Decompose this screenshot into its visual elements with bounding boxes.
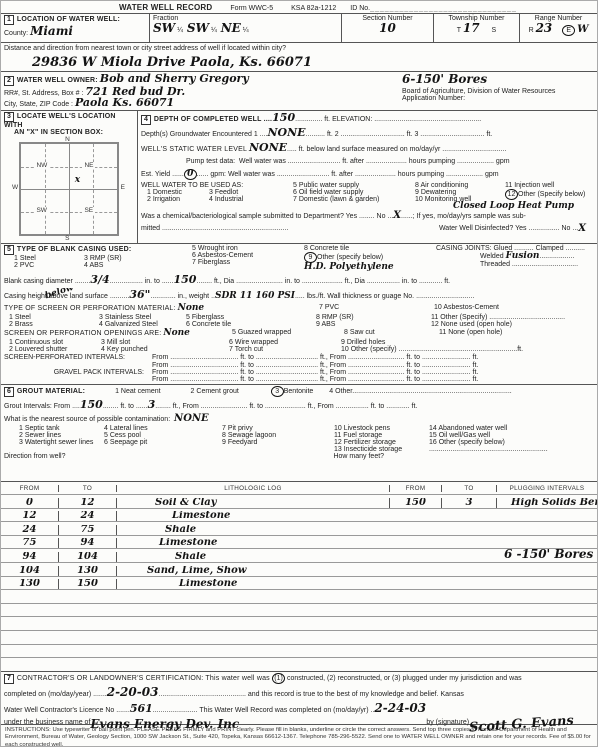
casing-2: 2 PVC bbox=[14, 262, 84, 269]
contam-6: 6 Seepage pit bbox=[104, 439, 222, 446]
col-from-2: FROM bbox=[389, 485, 441, 492]
empty-row bbox=[1, 644, 597, 658]
screen-intervals-label: SCREEN-PERFORATED INTERVALS: bbox=[4, 354, 152, 361]
city-label: City, State, ZIP Code : bbox=[4, 101, 73, 108]
openings-label: SCREEN OR PERFORATION OPENINGS ARE: bbox=[4, 330, 161, 337]
screen-9: 9 ABS bbox=[316, 321, 431, 328]
litho-to: 150 bbox=[58, 579, 116, 589]
diameter-after: ........ ft., Dia ......................… bbox=[196, 278, 450, 285]
id-blank: ______________________________ bbox=[370, 5, 517, 12]
use-header: WELL WATER TO BE USED AS: bbox=[141, 182, 293, 189]
gravel-intervals-label: GRAVEL PACK INTERVALS: bbox=[4, 369, 152, 376]
screen-material-value: None bbox=[178, 303, 205, 313]
grout-1: 1 Neat cement bbox=[115, 388, 161, 395]
depth-label: DEPTH OF COMPLETED WELL .... bbox=[154, 116, 272, 123]
grout-title: GROUT MATERIAL: bbox=[17, 388, 85, 395]
diameter-to-value: 150 bbox=[174, 273, 197, 286]
form-number: Form WWC-5 bbox=[230, 5, 273, 12]
opening-7: 7 Torch cut bbox=[229, 346, 341, 353]
empty-row bbox=[1, 616, 597, 630]
litho-to: 75 bbox=[58, 525, 116, 535]
owner-value: Bob and Sherry Gregory bbox=[100, 72, 249, 85]
screen-3: 3 Stainless Steel bbox=[99, 314, 186, 321]
fraction-2: SW bbox=[187, 21, 209, 35]
screen-8: 8 RMP (SR) bbox=[316, 314, 431, 321]
col-to: TO bbox=[58, 485, 116, 492]
height-label-a: Casing height bbox=[4, 293, 49, 300]
distance-block: Distance and direction from nearest town… bbox=[1, 42, 597, 71]
litho-row: 12 24 Limestone bbox=[1, 508, 597, 522]
contamination-label: What is the nearest source of possible c… bbox=[4, 416, 170, 423]
use-9: 9 Dewatering bbox=[415, 189, 505, 196]
groundwater-after: .......... ft. 2 .......................… bbox=[306, 131, 493, 138]
yield-pre: Est. Yield ...... bbox=[141, 171, 184, 178]
dash-v1 bbox=[45, 144, 46, 234]
contam-10: 10 Livestock pens bbox=[334, 425, 429, 432]
contam-14: 14 Abandoned water well bbox=[429, 425, 594, 432]
col-from: FROM bbox=[1, 485, 58, 492]
litho-from: 0 bbox=[1, 498, 58, 508]
screen-7: 7 PVC bbox=[319, 304, 434, 313]
height-label-b: land surface .......... bbox=[68, 293, 129, 300]
disinfected-question: Water Well Disinfected? Yes ............… bbox=[439, 224, 578, 234]
depth-value: 150 bbox=[272, 111, 295, 124]
opening-11: 11 None (open hole) bbox=[439, 329, 594, 338]
quadrant-se: SE bbox=[82, 207, 95, 214]
section-1-number: 1 bbox=[4, 15, 14, 25]
direction-label: Direction from well? bbox=[4, 453, 65, 460]
cert-line1-b: constructed, (2) reconstructed, or (3) p… bbox=[285, 675, 522, 682]
contam-5: 5 Cess pool bbox=[104, 432, 222, 439]
contam-16: 16 Other (specify below) bbox=[429, 439, 594, 446]
welded-tail: .................. bbox=[539, 253, 574, 260]
empty-row bbox=[1, 603, 597, 617]
county-value: Miami bbox=[30, 24, 73, 38]
contamination-value: NONE bbox=[174, 413, 209, 424]
section-certification: 7CONTRACTOR'S OR LANDOWNER'S CERTIFICATI… bbox=[1, 671, 597, 724]
section-casing: 5TYPE OF BLANK CASING USED: 1 Steel3 RMP… bbox=[1, 243, 597, 384]
range-value: 23 bbox=[536, 21, 553, 35]
casing-5: 5 Wrought iron bbox=[192, 245, 304, 252]
plug-bores-note: 6 -150' Bores bbox=[504, 548, 593, 560]
compass-hline bbox=[21, 189, 117, 190]
litho-from: 94 bbox=[1, 552, 58, 562]
screen-5: 5 Fiberglass bbox=[186, 314, 316, 321]
use-12-label: Other (Specify below) bbox=[518, 191, 585, 198]
locate-title-2: AN "X" IN SECTION BOX: bbox=[14, 129, 134, 136]
section-6-number: 6 bbox=[4, 387, 14, 397]
litho-from: 130 bbox=[1, 579, 58, 589]
depth-after: .............. ft. ELEVATION: ..........… bbox=[295, 116, 481, 123]
section-well-location-box: 3LOCATE WELL'S LOCATION WITH AN "X" IN S… bbox=[1, 111, 138, 243]
form-header: WATER WELL RECORD Form WWC-5 KSA 82a-121… bbox=[1, 1, 597, 13]
range-r: R bbox=[529, 27, 534, 34]
litho-desc: Soil & Clay bbox=[116, 498, 389, 508]
sample-question-3: mitted .................................… bbox=[141, 224, 288, 234]
opening-10: 10 Other (specify) .....................… bbox=[341, 346, 594, 353]
screen-2: 2 Brass bbox=[9, 321, 99, 328]
opening-3: 3 Mill slot bbox=[101, 339, 229, 346]
quarter-3: ¼ bbox=[243, 27, 249, 34]
section-location: 1LOCATION OF WATER WELL: County: Miami F… bbox=[1, 13, 597, 42]
static-level-value: NONE bbox=[249, 141, 287, 154]
empty-row bbox=[1, 630, 597, 644]
grout-mid: ........ ft. to ...... bbox=[103, 403, 148, 410]
cert-line2-b: ........................................… bbox=[158, 691, 463, 698]
gravel-intervals-line-1: From ...................................… bbox=[152, 369, 594, 376]
litho-to: 94 bbox=[58, 538, 116, 548]
litho-from: 75 bbox=[1, 538, 58, 548]
litho-desc: Shale bbox=[116, 552, 389, 562]
litho-row: 104 130 Sand, Lime, Show bbox=[1, 562, 597, 576]
range-label: Range Number bbox=[523, 15, 594, 22]
diameter-mid: ................. in. to ...... bbox=[110, 278, 174, 285]
static-level-label: WELL'S STATIC WATER LEVEL bbox=[141, 146, 249, 153]
section-well-details: 4DEPTH OF COMPLETED WELL ....150........… bbox=[138, 111, 597, 243]
casing-3: 3 RMP (SR) bbox=[84, 255, 122, 262]
location-title: LOCATION OF WATER WELL: bbox=[17, 16, 120, 23]
form-title: WATER WELL RECORD bbox=[119, 3, 212, 12]
screen-intervals-line-1: From ...................................… bbox=[152, 354, 594, 361]
use-1: 1 Domestic bbox=[147, 189, 209, 196]
section-4-number: 4 bbox=[141, 115, 151, 125]
contam-8: 8 Sewage lagoon bbox=[222, 432, 334, 439]
threaded-label: Threaded ...............................… bbox=[436, 261, 594, 268]
litho-from: 12 bbox=[1, 511, 58, 521]
fraction-3: NE bbox=[221, 21, 241, 35]
quarter-1: ¼ bbox=[177, 27, 183, 34]
use-12-circled: 12 bbox=[505, 189, 518, 200]
screen-6: 6 Concrete tile bbox=[186, 321, 316, 328]
range-east-circled: E bbox=[562, 25, 575, 36]
cert-line3-b: ....................... This Water Well … bbox=[153, 707, 375, 714]
opening-8: 8 Saw cut bbox=[344, 329, 439, 338]
section-owner: 2WATER WELL OWNER: Bob and Sherry Gregor… bbox=[1, 71, 597, 110]
ksa-ref: KSA 82a-1212 bbox=[291, 5, 336, 12]
cert-line2-a: completed on (mo/day/year) ....... bbox=[4, 691, 107, 698]
litho-to: 12 bbox=[58, 498, 116, 508]
grout-intervals-label: Grout Intervals: From .... bbox=[4, 403, 80, 410]
range-west: W bbox=[577, 24, 588, 35]
contam-1: 1 Septic tank bbox=[19, 425, 104, 432]
litho-desc: Limestone bbox=[116, 538, 389, 548]
height-mid: ............. in., weight .. bbox=[150, 293, 215, 300]
static-level-after: ..... ft. below land surface measured on… bbox=[287, 146, 506, 153]
pump-test-label: Pump test data: bbox=[186, 158, 235, 165]
opening-2: 2 Louvered shutter bbox=[9, 346, 101, 353]
application-number-label: Application Number: bbox=[402, 95, 594, 102]
screen-1: 1 Steel bbox=[9, 314, 99, 321]
litho-desc: Sand, Lime, Show bbox=[116, 566, 389, 576]
litho-desc: Limestone bbox=[116, 511, 389, 521]
casing-9-label: Other (specify below) bbox=[317, 254, 383, 261]
groundwater-label: Depth(s) Groundwater Encountered 1 .... bbox=[141, 131, 267, 138]
height-value: 36" bbox=[129, 288, 150, 301]
grout-3-label: Bentonite bbox=[284, 388, 314, 395]
litho-row: 24 75 Shale bbox=[1, 521, 597, 535]
compass-n: N bbox=[65, 136, 70, 143]
diameter-value: 3/4 bbox=[90, 273, 109, 286]
litho-row: 0 12 Soil & Clay 150 3 High Solids Bento… bbox=[1, 494, 597, 508]
screen-11: 11 Other (Specify) .....................… bbox=[431, 314, 594, 321]
record-date: 2-24-03 bbox=[374, 701, 426, 715]
compass-w: W bbox=[12, 184, 18, 191]
weight-value: SDR 11 160 PSI bbox=[215, 291, 295, 301]
casing-title: TYPE OF BLANK CASING USED: bbox=[17, 246, 131, 253]
well-x-mark: x bbox=[75, 176, 80, 185]
gravel-intervals-line-2: From ...................................… bbox=[152, 376, 594, 383]
casing-4: 4 ABS bbox=[84, 262, 103, 269]
section-box-diagram: N S W E NW NE SW SE x bbox=[19, 142, 119, 236]
use-8: 8 Air conditioning bbox=[415, 182, 505, 189]
use-4: 4 Industrial bbox=[209, 196, 243, 203]
agency-text: Board of Agriculture, Division of Water … bbox=[402, 88, 594, 95]
township-t: T bbox=[457, 27, 461, 34]
use-2: 2 Irrigation bbox=[147, 196, 209, 203]
opening-1: 1 Continuous slot bbox=[9, 339, 101, 346]
fraction-label: Fraction bbox=[153, 15, 338, 22]
quadrant-nw: NW bbox=[34, 162, 49, 169]
section-3-number: 3 bbox=[4, 112, 14, 122]
litho-desc: Limestone bbox=[116, 579, 389, 589]
section-5-number: 5 bbox=[4, 245, 14, 255]
fraction-values: SW ¼ SW ¼ NE ¼ bbox=[153, 22, 338, 34]
section-grout: 6GROUT MATERIAL: 1 Neat cement 2 Cement … bbox=[1, 384, 597, 481]
constructed-circled: (1) bbox=[272, 673, 285, 684]
grout-from-value: 150 bbox=[80, 398, 103, 411]
bores-note: 6-150' Bores bbox=[402, 73, 594, 85]
contam-2: 2 Sewer lines bbox=[19, 432, 104, 439]
plug-to: 3 bbox=[441, 498, 496, 508]
sample-question: Was a chemical/bacteriological sample su… bbox=[141, 213, 393, 220]
dash-v2 bbox=[93, 144, 94, 234]
screen-12: 12 None used (open hole) bbox=[431, 321, 594, 328]
empty-row bbox=[1, 589, 597, 603]
contam-16-blank: ........................................… bbox=[429, 446, 594, 453]
opening-6: 6 Wire wrapped bbox=[229, 339, 341, 346]
contam-11: 11 Fuel storage bbox=[334, 432, 429, 439]
sample-question-2: ......; If yes, mo/day/yrs sample was su… bbox=[401, 213, 526, 220]
completed-date: 2-20-03 bbox=[107, 685, 159, 699]
section-2-number: 2 bbox=[4, 76, 14, 86]
grout-2: 2 Cement grout bbox=[191, 388, 239, 395]
casing-6: 6 Asbestos-Cement bbox=[192, 252, 304, 259]
diameter-label: Blank casing diameter ........ bbox=[4, 278, 90, 285]
yield-post: ...... gpm: bbox=[197, 171, 226, 178]
township-s: S bbox=[492, 27, 497, 34]
cert-line3-a: Water Well Contractor's Licence No .....… bbox=[4, 707, 130, 714]
contam-3: 3 Watertight sewer lines bbox=[19, 439, 104, 446]
use-7: 7 Domestic (lawn & garden) bbox=[293, 196, 415, 203]
grout-4: 4 Other.................................… bbox=[329, 388, 511, 395]
grout-3-circled: 3 bbox=[271, 386, 284, 397]
casing-other-value: H.D. Polyethylene bbox=[304, 263, 436, 272]
use-11: 11 Injection well bbox=[505, 182, 594, 189]
compass-e: E bbox=[121, 184, 125, 191]
col-lithologic-log: LITHOLOGIC LOG bbox=[116, 485, 389, 492]
yield-line: Well water was .........................… bbox=[228, 171, 499, 178]
screen-intervals-line-2: From ...................................… bbox=[152, 362, 594, 369]
grout-after: ........ ft., From .....................… bbox=[155, 403, 417, 410]
county-label: County: bbox=[4, 30, 28, 37]
feet-label: How many feet? bbox=[333, 453, 384, 460]
casing-8: 8 Concrete tile bbox=[304, 245, 436, 252]
water-well-record-form: WATER WELL RECORD Form WWC-5 KSA 82a-121… bbox=[0, 0, 598, 747]
quadrant-ne: NE bbox=[82, 162, 95, 169]
distance-label: Distance and direction from nearest town… bbox=[1, 43, 597, 55]
section-7-number: 7 bbox=[4, 674, 14, 684]
casing-1: 1 Steel bbox=[14, 255, 84, 262]
sample-no-x: X bbox=[393, 210, 401, 221]
empty-row bbox=[1, 657, 597, 671]
contam-15: 15 Oil well/Gas well bbox=[429, 432, 594, 439]
distance-value: 29836 W Miola Drive Paola, Ks. 66071 bbox=[32, 55, 312, 70]
section-number-value: 10 bbox=[345, 22, 430, 34]
quadrant-sw: SW bbox=[34, 207, 48, 214]
col-plugging-intervals: PLUGGING INTERVALS bbox=[496, 485, 597, 492]
litho-desc: Shale bbox=[116, 525, 389, 535]
pump-test-line: Well water was .........................… bbox=[239, 158, 510, 165]
col-to-2: TO bbox=[441, 485, 496, 492]
contam-12: 12 Fertilizer storage bbox=[334, 439, 429, 446]
lithologic-table: FROM TO LITHOLOGIC LOG FROM TO PLUGGING … bbox=[1, 481, 597, 671]
section-3-4: 3LOCATE WELL'S LOCATION WITH AN "X" IN S… bbox=[1, 110, 597, 243]
openings-value: None bbox=[163, 328, 190, 338]
use-3: 3 Feedlot bbox=[209, 189, 238, 196]
use-5: 5 Public water supply bbox=[293, 182, 415, 189]
opening-9: 9 Drilled holes bbox=[341, 339, 594, 346]
contam-4: 4 Lateral lines bbox=[104, 425, 222, 432]
township-value: 17 bbox=[463, 21, 480, 35]
disinfected-no-x: X bbox=[578, 224, 586, 234]
fraction-1: SW bbox=[153, 21, 175, 35]
plug-from: 150 bbox=[389, 498, 441, 508]
cert-line1-a: CONTRACTOR'S OR LANDOWNER'S CERTIFICATIO… bbox=[17, 675, 272, 682]
address-label: RR#, St. Address, Box # : bbox=[4, 90, 83, 97]
litho-from: 24 bbox=[1, 525, 58, 535]
yield-value: 0 bbox=[184, 169, 197, 180]
contam-7: 7 Pit privy bbox=[222, 425, 334, 432]
litho-from: 104 bbox=[1, 566, 58, 576]
litho-to: 130 bbox=[58, 566, 116, 576]
litho-to: 104 bbox=[58, 552, 116, 562]
contam-13: 13 Insecticide storage bbox=[334, 446, 429, 453]
id-label: ID No. bbox=[350, 5, 370, 12]
screen-4: 4 Galvanized Steel bbox=[99, 321, 186, 328]
litho-to: 24 bbox=[58, 511, 116, 521]
casing-7: 7 Fiberglass bbox=[192, 259, 304, 266]
use-6: 6 Oil field water supply bbox=[293, 189, 415, 196]
groundwater-value: NONE bbox=[267, 126, 305, 139]
plug-desc: High Solids Bentonite bbox=[496, 498, 597, 508]
quarter-2: ¼ bbox=[211, 27, 217, 34]
litho-row: 130 150 Limestone bbox=[1, 576, 597, 590]
screen-10: 10 Asbestos-Cement bbox=[434, 304, 594, 313]
locate-title-1: LOCATE WELL'S LOCATION WITH bbox=[4, 113, 116, 129]
welded-label: Welded bbox=[480, 253, 506, 260]
screen-material-label: TYPE OF SCREEN OR PERFORATION MATERIAL: bbox=[4, 305, 176, 312]
owner-title: WATER WELL OWNER: bbox=[17, 77, 98, 84]
use-other-value: Closed Loop Heat Pump bbox=[453, 202, 574, 211]
contam-9: 9 Feedyard bbox=[222, 439, 334, 446]
opening-5: 5 Guazed wrapped bbox=[232, 329, 344, 338]
height-after: ..... lbs./ft. Wall thickness or guage N… bbox=[295, 293, 474, 300]
use-options: WELL WATER TO BE USED AS: 1 Domestic3 Fe… bbox=[138, 181, 597, 204]
welded-value: Fusion bbox=[506, 251, 540, 261]
compass-s: S bbox=[65, 235, 69, 242]
licence-number: 561 bbox=[130, 702, 153, 715]
city-value: Paola Ks. 66071 bbox=[75, 96, 174, 109]
opening-4: 4 Key punched bbox=[101, 346, 229, 353]
